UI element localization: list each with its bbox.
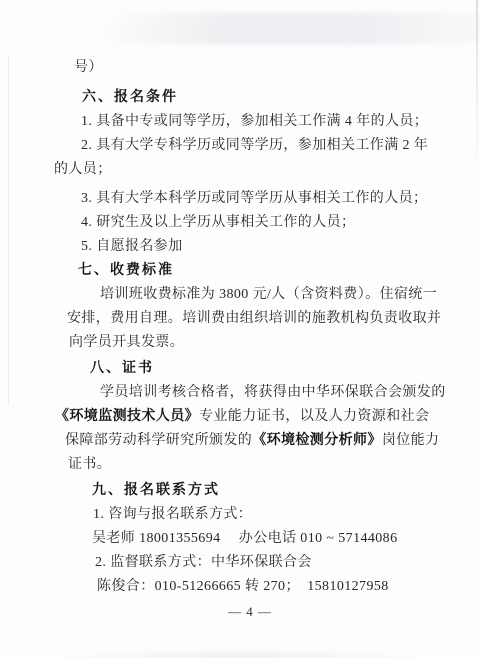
certificate-name-monitoring-personnel: 《环境监测技术人员》 bbox=[55, 409, 199, 424]
text-line-contact-phone-wu: 吴老师 18001355694 办公电话 010 ~ 57144086 bbox=[92, 527, 432, 551]
scan-artifact-right-edge bbox=[476, 0, 478, 175]
text-certificate-3-pre: 保障部劳动科学研究所颁发的 bbox=[65, 433, 252, 448]
text-line-fee-1: 培训班收费标准为 3800 元/人（含资料费）。住宿统一 bbox=[100, 283, 432, 307]
text-line-contact-1: 1. 咨询与报名联系方式： bbox=[93, 503, 432, 527]
scan-artifact-top-band bbox=[105, 13, 480, 44]
text-line-requirement-5: 5. 自愿报名参加 bbox=[81, 235, 432, 259]
heading-certificate: 八、证书 bbox=[90, 357, 432, 381]
text-line-contact-2: 2. 监督联系方式：中华环保联合会 bbox=[95, 551, 432, 575]
text-line-certificate-4: 证书。 bbox=[68, 453, 432, 477]
text-line-requirement-3: 3. 具有大学本科学历或同等学历从事相关工作的人员； bbox=[81, 187, 432, 211]
heading-fee-standard: 七、收费标准 bbox=[78, 259, 432, 283]
heading-contact-info: 九、报名联系方式 bbox=[92, 479, 432, 503]
text-line-requirement-2: 2. 具有大学专科学历或同等学历，参加相关工作满 2 年 bbox=[81, 134, 432, 158]
certificate-name-testing-analyst: 《环境检测分析师》 bbox=[252, 433, 382, 448]
scan-artifact-left-edge bbox=[8, 55, 9, 405]
text-line-requirement-2-cont: 的人员； bbox=[54, 158, 432, 182]
text-line-fee-3: 向学员开具发票。 bbox=[69, 331, 432, 355]
heading-registration-requirements: 六、报名条件 bbox=[82, 86, 432, 110]
text-line-requirement-4: 4. 研究生及以上学历从事相关工作的人员； bbox=[81, 211, 432, 235]
text-line-contact-phone-chen: 陈俊合：010-51266665 转 270； 15810127958 bbox=[97, 575, 432, 599]
text-certificate-2-rest: 专业能力证书，以及人力资源和社会 bbox=[199, 409, 429, 424]
scan-artifact-bottom-smudge bbox=[55, 649, 425, 658]
document-body: 号） 六、报名条件 1. 具备中专或同等学历，参加相关工作满 4 年的人员； 2… bbox=[54, 56, 432, 599]
text-certificate-3-post: 岗位能力 bbox=[382, 433, 440, 448]
text-line-fee-2: 安排，费用自理。培训费由组织培训的施教机构负责收取并 bbox=[67, 307, 432, 331]
text-line-certificate-1: 学员培训考核合格者，将获得由中华环保联合会颁发的 bbox=[100, 381, 432, 405]
text-line-fragment: 号） bbox=[74, 56, 432, 80]
scanned-document-page: 号） 六、报名条件 1. 具备中专或同等学历，参加相关工作满 4 年的人员； 2… bbox=[0, 0, 480, 658]
text-line-certificate-2: 《环境监测技术人员》专业能力证书，以及人力资源和社会 bbox=[55, 405, 432, 429]
text-line-certificate-3: 保障部劳动科学研究所颁发的《环境检测分析师》岗位能力 bbox=[65, 429, 432, 453]
text-line-requirement-1: 1. 具备中专或同等学历，参加相关工作满 4 年的人员； bbox=[81, 110, 432, 134]
page-number: — 4 — bbox=[10, 604, 480, 620]
